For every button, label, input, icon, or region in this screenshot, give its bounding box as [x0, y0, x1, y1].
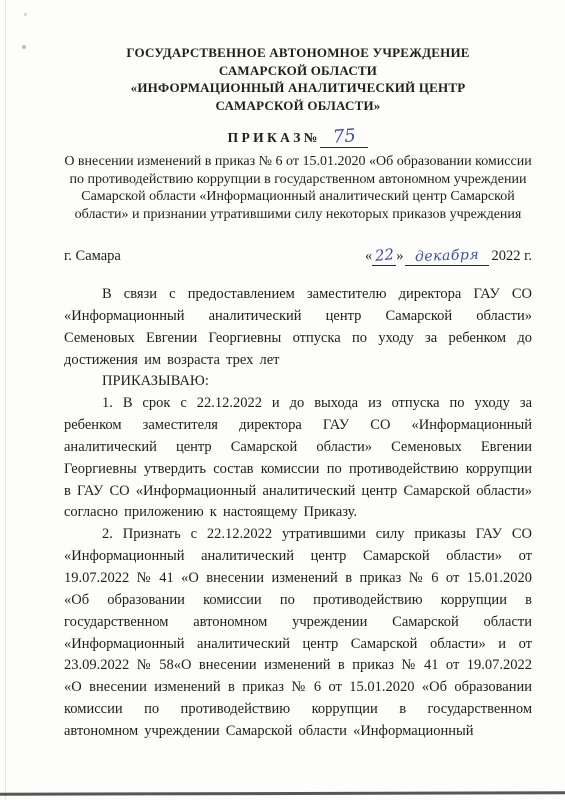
scan-bottom-edge-line [0, 791, 565, 795]
order-body: В связи с предоставлением заместителю ди… [64, 284, 532, 743]
date-month-handwritten: декабря [415, 248, 480, 264]
scan-speck [22, 45, 26, 49]
date-day-handwritten: 22 [374, 247, 395, 264]
date-line: «22»декабря2022 г. [365, 248, 532, 266]
order-number-handwritten: 75 [332, 127, 356, 147]
order-subject: О внесении изменений в приказ № 6 от 15.… [64, 153, 532, 223]
date-open-quote: « [365, 248, 372, 264]
order-label: П Р И К А З № [228, 130, 318, 145]
date-month-slot: декабря [405, 248, 489, 266]
scan-left-edge-line [5, 0, 6, 800]
order-number-slot: 75 [320, 128, 368, 148]
date-day-slot: 22 [372, 248, 396, 266]
order-title-line: П Р И К А З №75 [64, 128, 532, 148]
place-label: г. Самара [64, 248, 121, 265]
place-date-row: г. Самара «22»декабря2022 г. [64, 248, 532, 266]
date-year: 2022 г. [491, 248, 532, 264]
paragraph-preamble: В связи с предоставлением заместителю ди… [64, 284, 532, 371]
date-close-quote: » [396, 248, 403, 264]
scan-speck [24, 13, 27, 16]
paragraph-item-2: 2. Признать с 22.12.2022 утратившими сил… [64, 524, 532, 742]
scanned-order-page: ГОСУДАРСТВЕННОЕ АВТОНОМНОЕ УЧРЕЖДЕНИЕСАМ… [0, 0, 565, 800]
paragraph-prikazyvayu: ПРИКАЗЫВАЮ: [64, 371, 532, 393]
paragraph-item-1: 1. В срок с 22.12.2022 и до выхода из от… [64, 393, 532, 524]
organization-name: ГОСУДАРСТВЕННОЕ АВТОНОМНОЕ УЧРЕЖДЕНИЕСАМ… [64, 44, 532, 114]
